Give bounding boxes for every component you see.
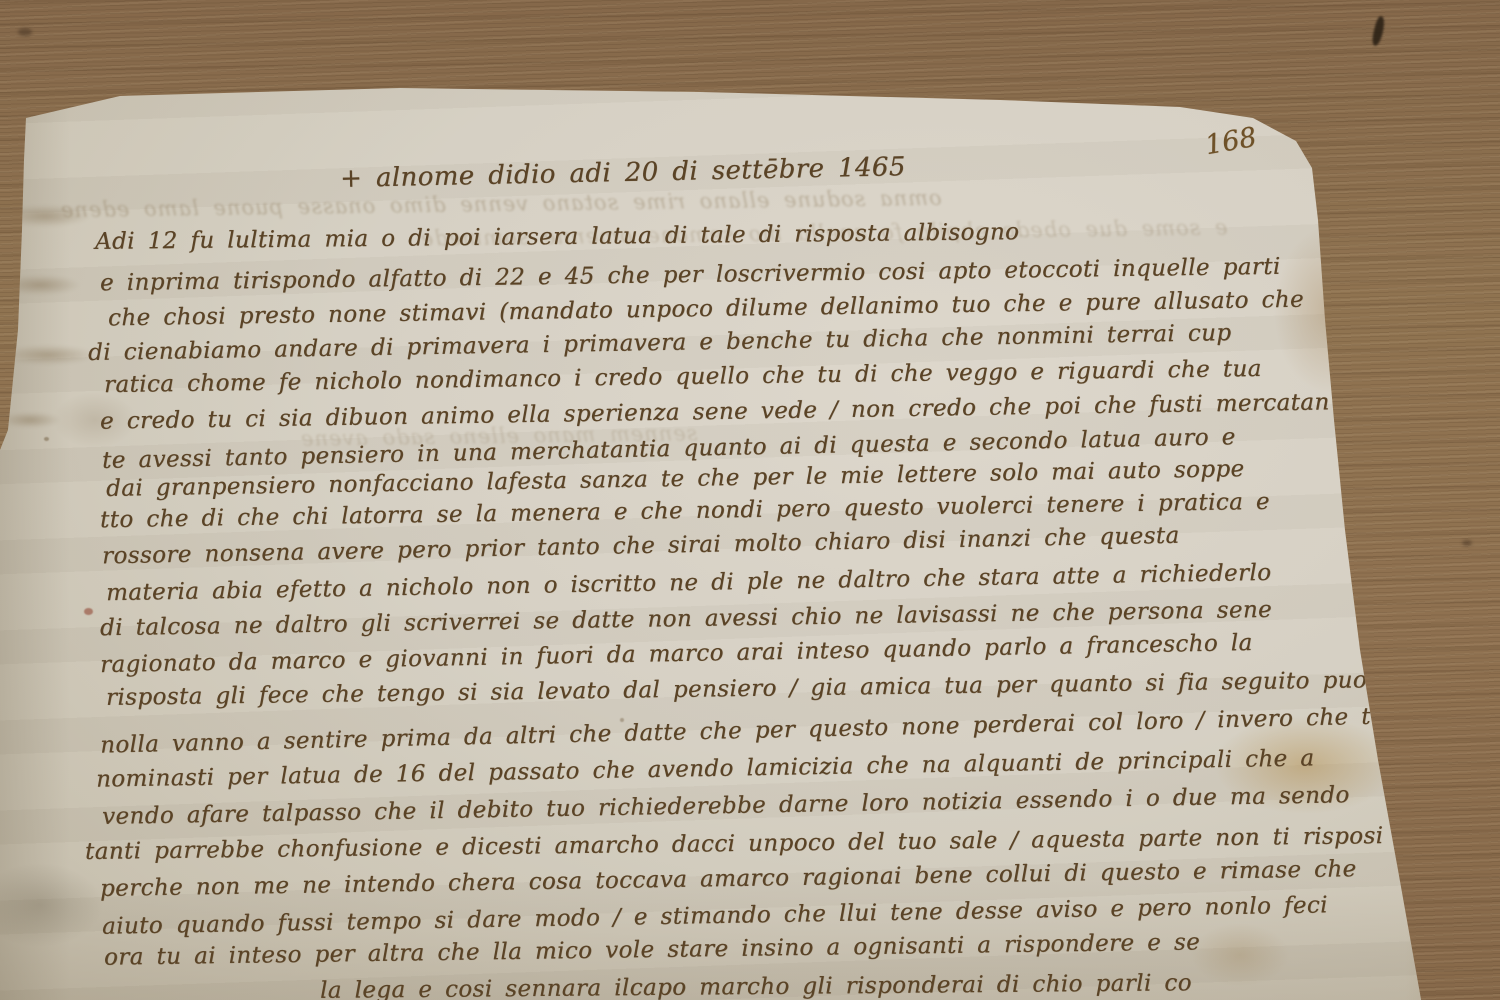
wood-scratch — [1371, 15, 1387, 46]
text-line: Adi 12 fu lultima mia o di poi iarsera l… — [95, 219, 1020, 255]
paper-sheet: omna sodune ellano rime sotano venne dim… — [0, 0, 1500, 1000]
ink-blot — [84, 608, 93, 615]
paper-speck — [44, 437, 49, 441]
page-number: 168 — [1203, 122, 1259, 161]
text-line: la lega e cosi sennara ilcapo marcho gli… — [320, 970, 1192, 1000]
show-through-line: omna sodune ellano rime sotano venne dim… — [60, 186, 942, 222]
wood-knot-mark — [18, 28, 32, 36]
wood-knot-mark — [1462, 540, 1472, 546]
